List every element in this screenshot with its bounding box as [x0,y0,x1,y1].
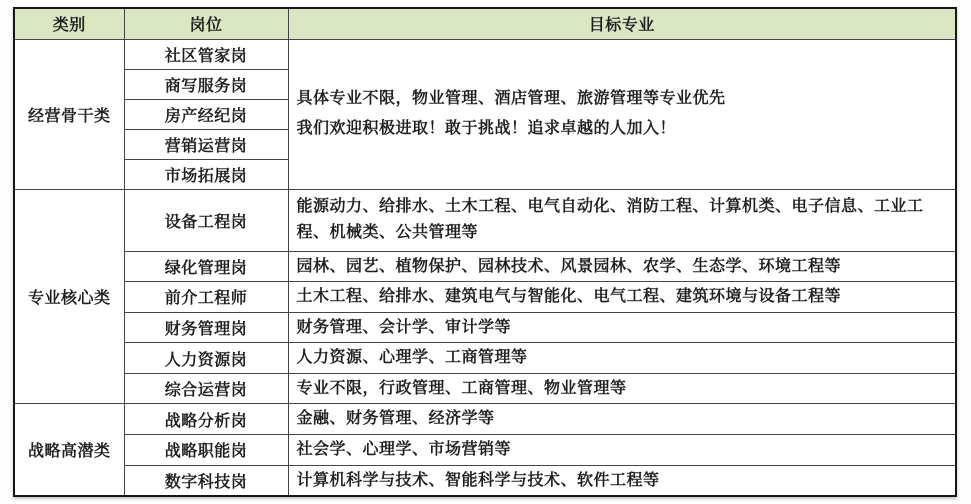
table-row: 战略高潜类战略分析岗金融、财务管理、经济学等 [14,404,956,435]
major-cell-merged: 具体专业不限，物业管理、酒店管理、旅游管理等专业优先我们欢迎积极进取！敢于挑战！… [288,39,956,189]
major-cell: 专业不限，行政管理、工商管理、物业管理等 [288,373,956,404]
major-cell: 财务管理、会计学、审计学等 [288,312,956,343]
category-cell: 战略高潜类 [14,404,124,496]
position-cell: 商写服务岗 [124,69,288,99]
position-cell: 财务管理岗 [124,312,288,343]
position-cell: 房产经纪岗 [124,99,288,129]
position-cell: 人力资源岗 [124,343,288,374]
position-cell: 绿化管理岗 [124,251,288,282]
major-cell: 人力资源、心理学、工商管理等 [288,343,956,374]
header-cell-1: 岗位 [124,8,288,39]
table-row: 专业核心类设备工程岗能源动力、给排水、土木工程、电气自动化、消防工程、计算机类、… [14,189,956,251]
major-cell: 能源动力、给排水、土木工程、电气自动化、消防工程、计算机类、电子信息、工业工程、… [288,189,956,251]
category-cell: 经营骨干类 [14,39,124,189]
header-cell-0: 类别 [14,8,124,39]
position-cell: 营销运营岗 [124,129,288,159]
page: 类别岗位目标专业 经营骨干类社区管家岗具体专业不限，物业管理、酒店管理、旅游管理… [0,0,971,504]
major-cell: 土木工程、给排水、建筑电气与智能化、电气工程、建筑环境与设备工程等 [288,282,956,313]
table-row: 经营骨干类社区管家岗具体专业不限，物业管理、酒店管理、旅游管理等专业优先我们欢迎… [14,39,956,69]
position-cell: 战略分析岗 [124,404,288,435]
table-row: 绿化管理岗园林、园艺、植物保护、园林技术、风景园林、农学、生态学、环境工程等 [14,251,956,282]
table-row: 战略职能岗社会学、心理学、市场营销等 [14,435,956,466]
table-row: 数字科技岗计算机科学与技术、智能科学与技术、软件工程等 [14,465,956,496]
position-cell: 综合运营岗 [124,373,288,404]
header-cell-2: 目标专业 [288,8,956,39]
position-cell: 市场拓展岗 [124,159,288,189]
header-row: 类别岗位目标专业 [14,8,956,39]
position-cell: 战略职能岗 [124,435,288,466]
major-line: 具体专业不限，物业管理、酒店管理、旅游管理等专业优先 [297,84,948,114]
recruitment-table: 类别岗位目标专业 经营骨干类社区管家岗具体专业不限，物业管理、酒店管理、旅游管理… [13,7,957,497]
major-line: 我们欢迎积极进取！敢于挑战！追求卓越的人加入！ [297,114,948,144]
table-header: 类别岗位目标专业 [14,8,956,39]
table-row: 财务管理岗财务管理、会计学、审计学等 [14,312,956,343]
position-cell: 前介工程师 [124,282,288,313]
major-cell: 计算机科学与技术、智能科学与技术、软件工程等 [288,465,956,496]
major-cell: 社会学、心理学、市场营销等 [288,435,956,466]
category-cell: 专业核心类 [14,189,124,404]
major-cell: 金融、财务管理、经济学等 [288,404,956,435]
position-cell: 数字科技岗 [124,465,288,496]
position-cell: 社区管家岗 [124,39,288,69]
position-cell: 设备工程岗 [124,189,288,251]
major-cell: 园林、园艺、植物保护、园林技术、风景园林、农学、生态学、环境工程等 [288,251,956,282]
table-body: 经营骨干类社区管家岗具体专业不限，物业管理、酒店管理、旅游管理等专业优先我们欢迎… [14,39,956,496]
table-row: 综合运营岗专业不限，行政管理、工商管理、物业管理等 [14,373,956,404]
table-row: 前介工程师土木工程、给排水、建筑电气与智能化、电气工程、建筑环境与设备工程等 [14,282,956,313]
table-row: 人力资源岗人力资源、心理学、工商管理等 [14,343,956,374]
